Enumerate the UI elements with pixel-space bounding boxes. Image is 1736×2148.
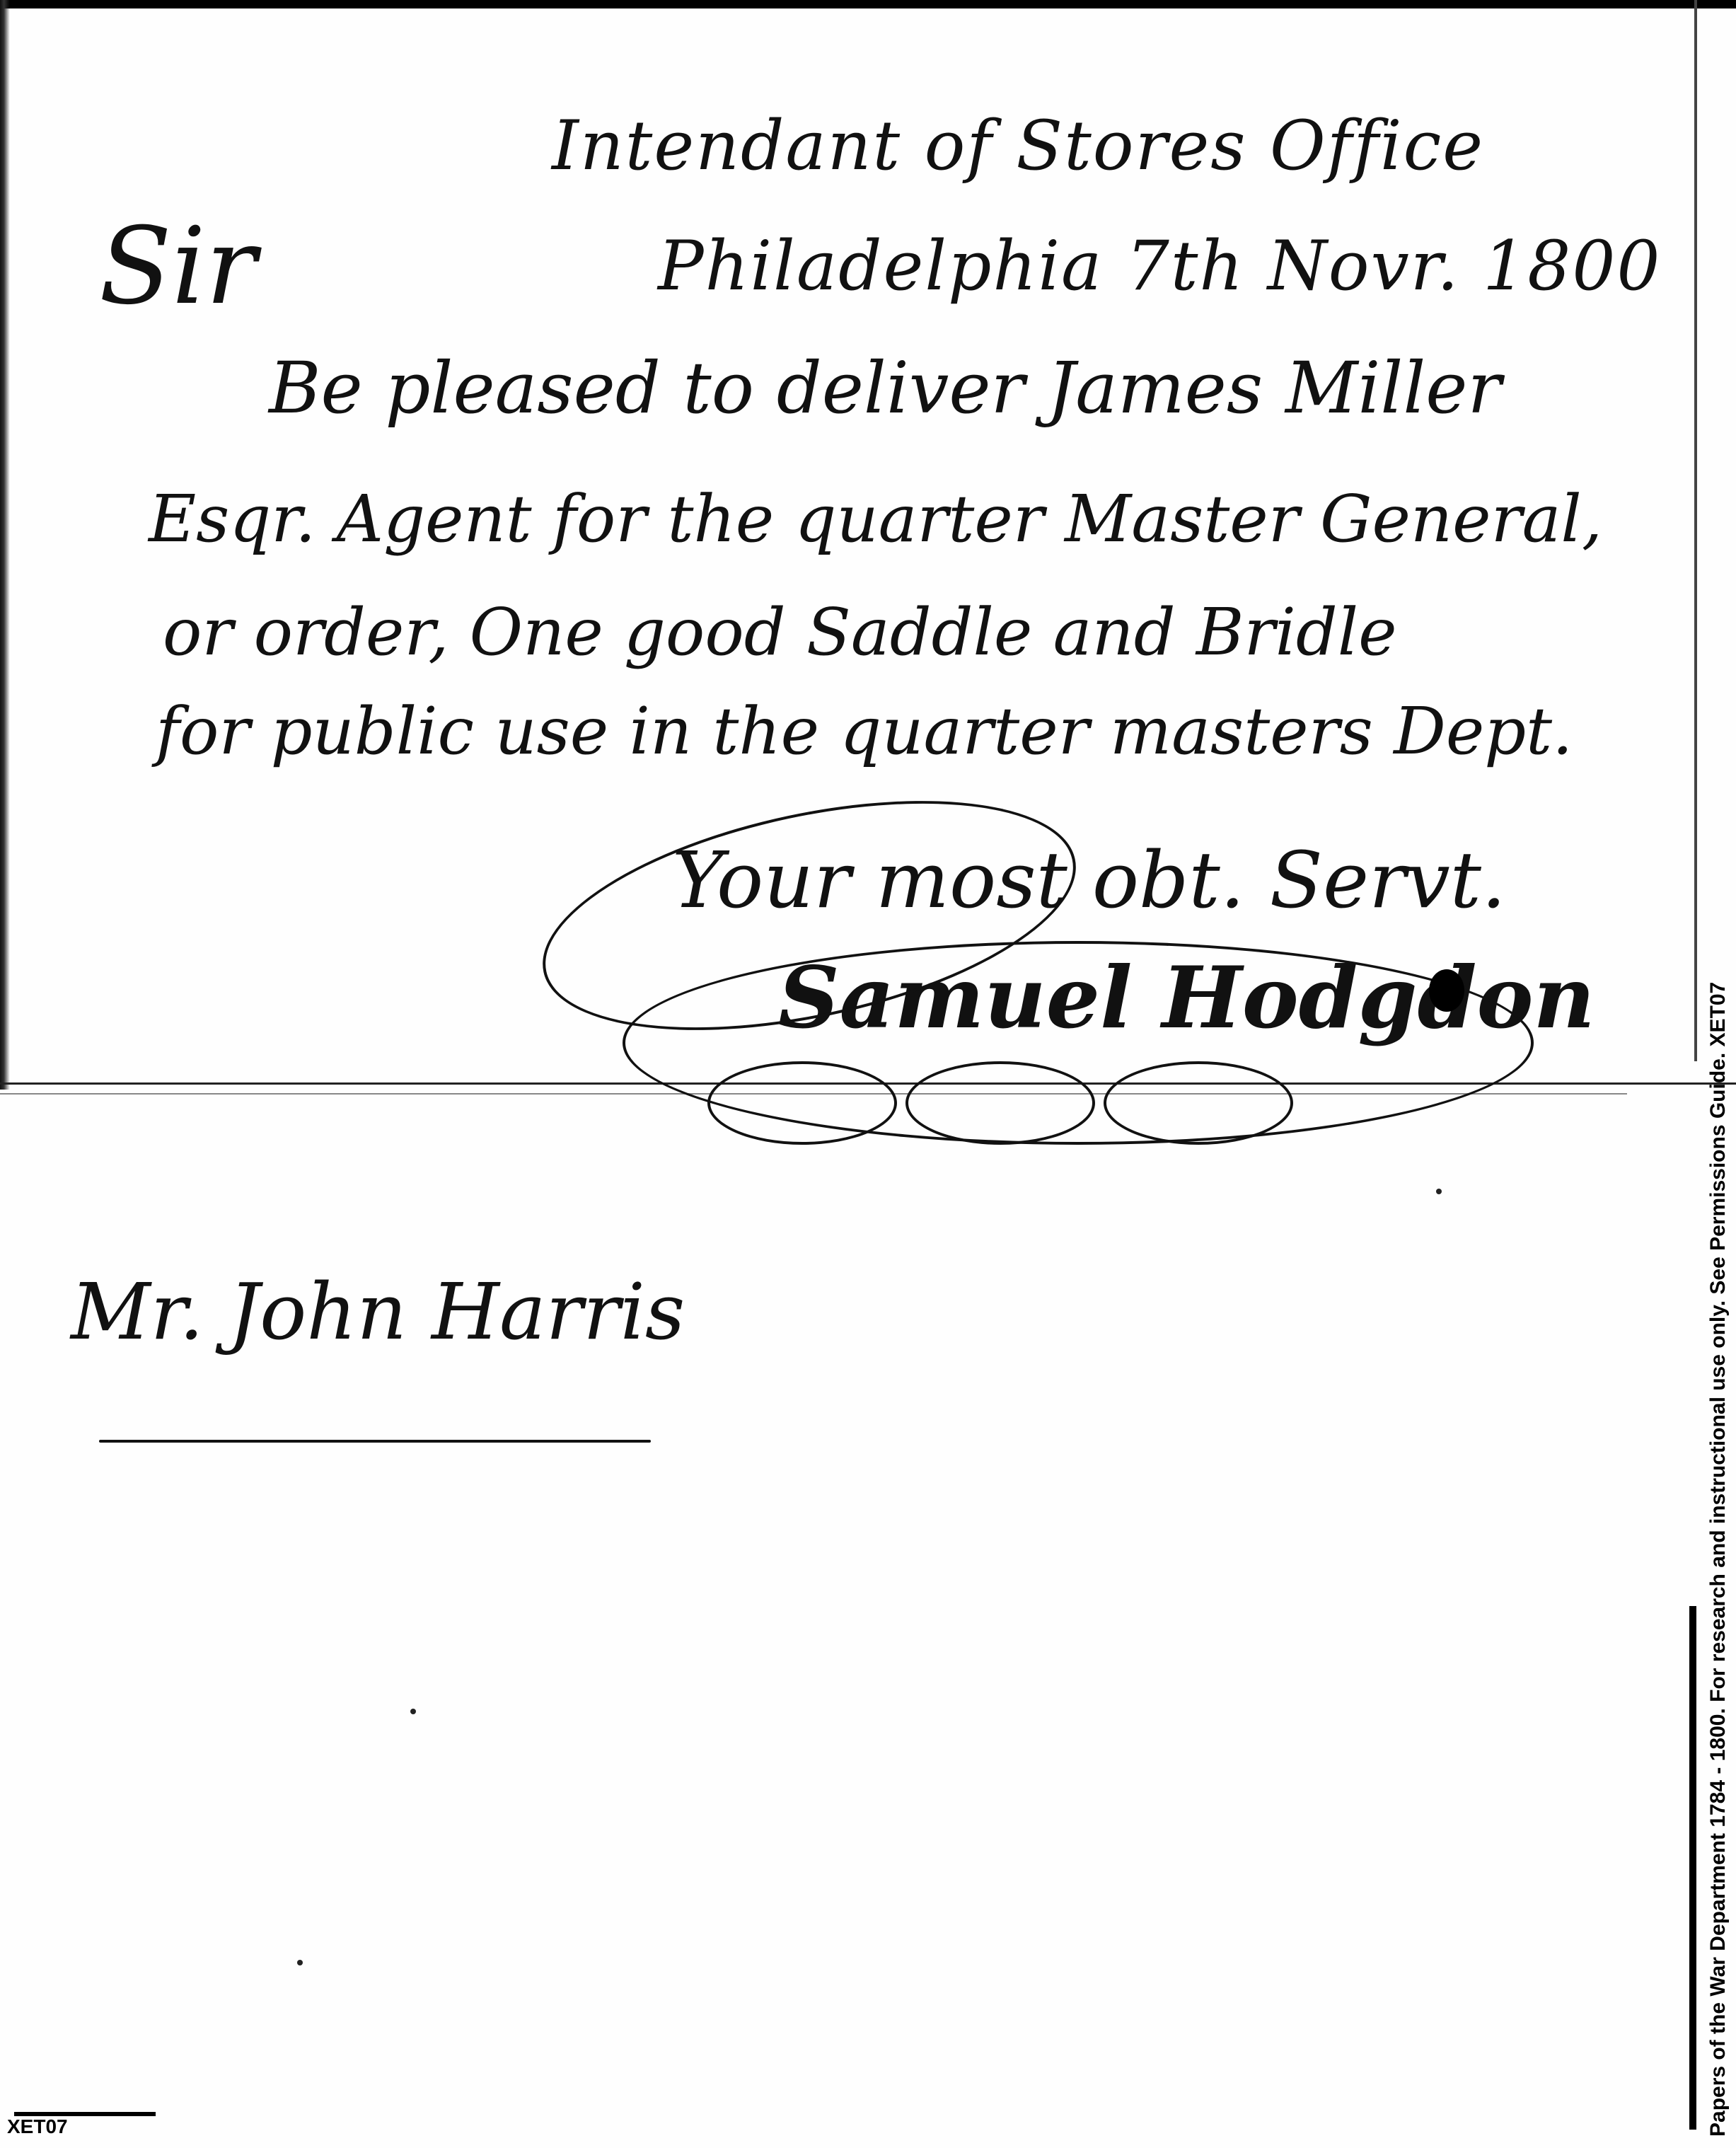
letter-body-line: Esqr. Agent for the quarter Master Gener… (149, 481, 1602, 557)
scan-speck (1436, 1189, 1442, 1194)
scan-right-edge (1694, 0, 1697, 1061)
ink-blot (1429, 969, 1464, 1012)
addressee-underline (99, 1440, 651, 1443)
scanned-letter-page: Intendant of Stores Office Philadelphia … (0, 0, 1736, 2148)
letter-addressee: Mr. John Harris (71, 1266, 685, 1357)
scan-right-bar (1689, 1606, 1696, 2130)
scan-speck (297, 1960, 303, 1965)
letter-salutation: Sir (99, 205, 256, 328)
archive-stamp-id: XET07 (7, 2115, 68, 2138)
signature-flourish (707, 1061, 897, 1145)
letter-dateline: Philadelphia 7th Novr. 1800 (658, 226, 1661, 306)
scan-left-edge (0, 0, 10, 1090)
scan-speck (410, 1709, 416, 1714)
letter-heading: Intendant of Stores Office (552, 106, 1484, 185)
letter-body-line: or order, One good Saddle and Bridle (163, 594, 1397, 670)
scan-top-border (0, 0, 1736, 8)
letter-body-line: Be pleased to deliver James Miller (269, 347, 1501, 429)
signature-flourish (905, 1061, 1095, 1145)
archive-side-note: Papers of the War Department 1784 - 1800… (1706, 982, 1730, 2137)
letter-body-line: for public use in the quarter masters De… (156, 693, 1573, 769)
signature-flourish (1104, 1061, 1293, 1145)
